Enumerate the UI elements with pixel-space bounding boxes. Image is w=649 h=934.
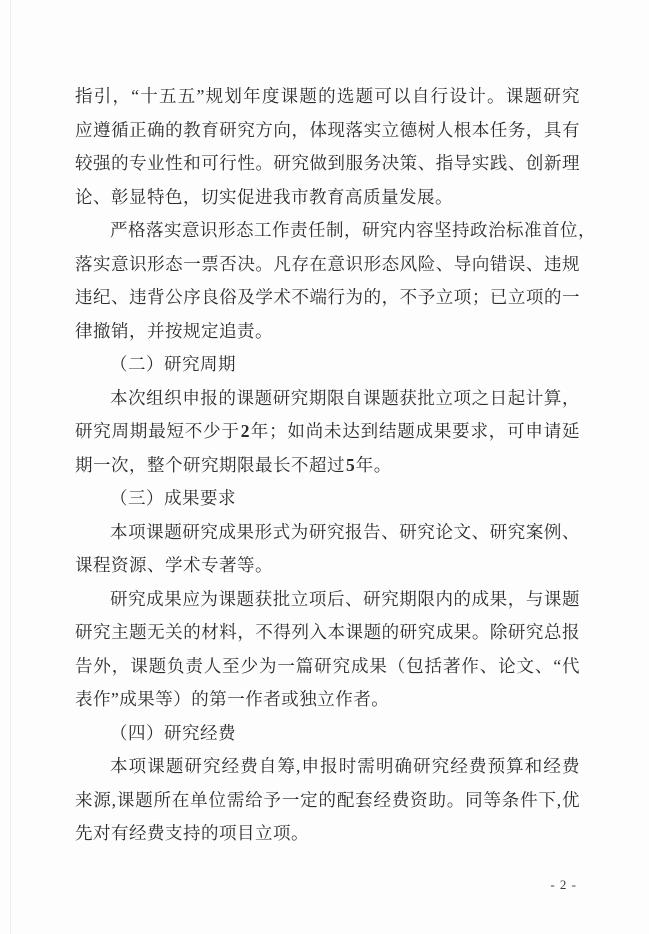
document-body: 指引，“十五五”规划年度课题的选题可以自行设计。课题研究应遵循正确的教育研究方向… (75, 80, 580, 851)
text-line: 违纪、违背公序良俗及学术不端行为的，不予立项；已立项的一 (75, 281, 580, 315)
text-line: 落实意识形态一票否决。凡存在意识形态风险、导向错误、违规 (75, 248, 580, 282)
text-line: 表作”成果等）的第一作者或独立作者。 (75, 683, 580, 717)
section-heading: （三）成果要求 (75, 482, 580, 516)
paragraph: 本项课题研究经费自筹,申报时需明确研究经费预算和经费来源,课题所在单位需给予一定… (75, 750, 580, 851)
text-line: 先对有经费支持的项目立项。 (75, 817, 580, 851)
text-line: 律撤销，并按规定追责。 (75, 315, 580, 349)
text-line: 指引，“十五五”规划年度课题的选题可以自行设计。课题研究 (75, 80, 580, 114)
document-page: 指引，“十五五”规划年度课题的选题可以自行设计。课题研究应遵循正确的教育研究方向… (0, 0, 649, 934)
page-edge-line (10, 0, 11, 934)
text-line: 论、彰显特色，切实促进我市教育高质量发展。 (75, 181, 580, 215)
text-line: （三）成果要求 (75, 482, 580, 516)
paragraph: 本次组织申报的课题研究期限自课题获批立项之日起计算，研究周期最短不少于2年；如尚… (75, 382, 580, 483)
paragraph: 本项课题研究成果形式为研究报告、研究论文、研究案例、课程资源、学术专著等。 (75, 516, 580, 583)
text-line: （二）研究周期 (75, 348, 580, 382)
section-heading: （四）研究经费 (75, 717, 580, 751)
text-line: 期一次，整个研究期限最长不超过5年。 (75, 449, 580, 483)
text-line: （四）研究经费 (75, 717, 580, 751)
text-line: 研究成果应为课题获批立项后、研究期限内的成果，与课题 (75, 583, 580, 617)
text-line: 应遵循正确的教育研究方向，体现落实立德树人根本任务，具有 (75, 114, 580, 148)
text-line: 研究周期最短不少于2年；如尚未达到结题成果要求，可申请延 (75, 415, 580, 449)
paragraph: 严格落实意识形态工作责任制，研究内容坚持政治标准首位，落实意识形态一票否决。凡存… (75, 214, 580, 348)
text-line: 本次组织申报的课题研究期限自课题获批立项之日起计算， (75, 382, 580, 416)
text-line: 课程资源、学术专著等。 (75, 549, 580, 583)
paragraph: 指引，“十五五”规划年度课题的选题可以自行设计。课题研究应遵循正确的教育研究方向… (75, 80, 580, 214)
text-line: 较强的专业性和可行性。研究做到服务决策、指导实践、创新理 (75, 147, 580, 181)
text-line: 严格落实意识形态工作责任制，研究内容坚持政治标准首位， (75, 214, 580, 248)
text-line: 本项课题研究经费自筹,申报时需明确研究经费预算和经费 (75, 750, 580, 784)
text-line: 来源,课题所在单位需给予一定的配套经费资助。同等条件下,优 (75, 784, 580, 818)
paragraph: 研究成果应为课题获批立项后、研究期限内的成果，与课题研究主题无关的材料，不得列入… (75, 583, 580, 717)
text-line: 研究主题无关的材料，不得列入本课题的研究成果。除研究总报 (75, 616, 580, 650)
text-line: 本项课题研究成果形式为研究报告、研究论文、研究案例、 (75, 516, 580, 550)
text-line: 告外，课题负责人至少为一篇研究成果（包括著作、论文、“代 (75, 650, 580, 684)
page-number: - 2 - (550, 876, 577, 894)
section-heading: （二）研究周期 (75, 348, 580, 382)
